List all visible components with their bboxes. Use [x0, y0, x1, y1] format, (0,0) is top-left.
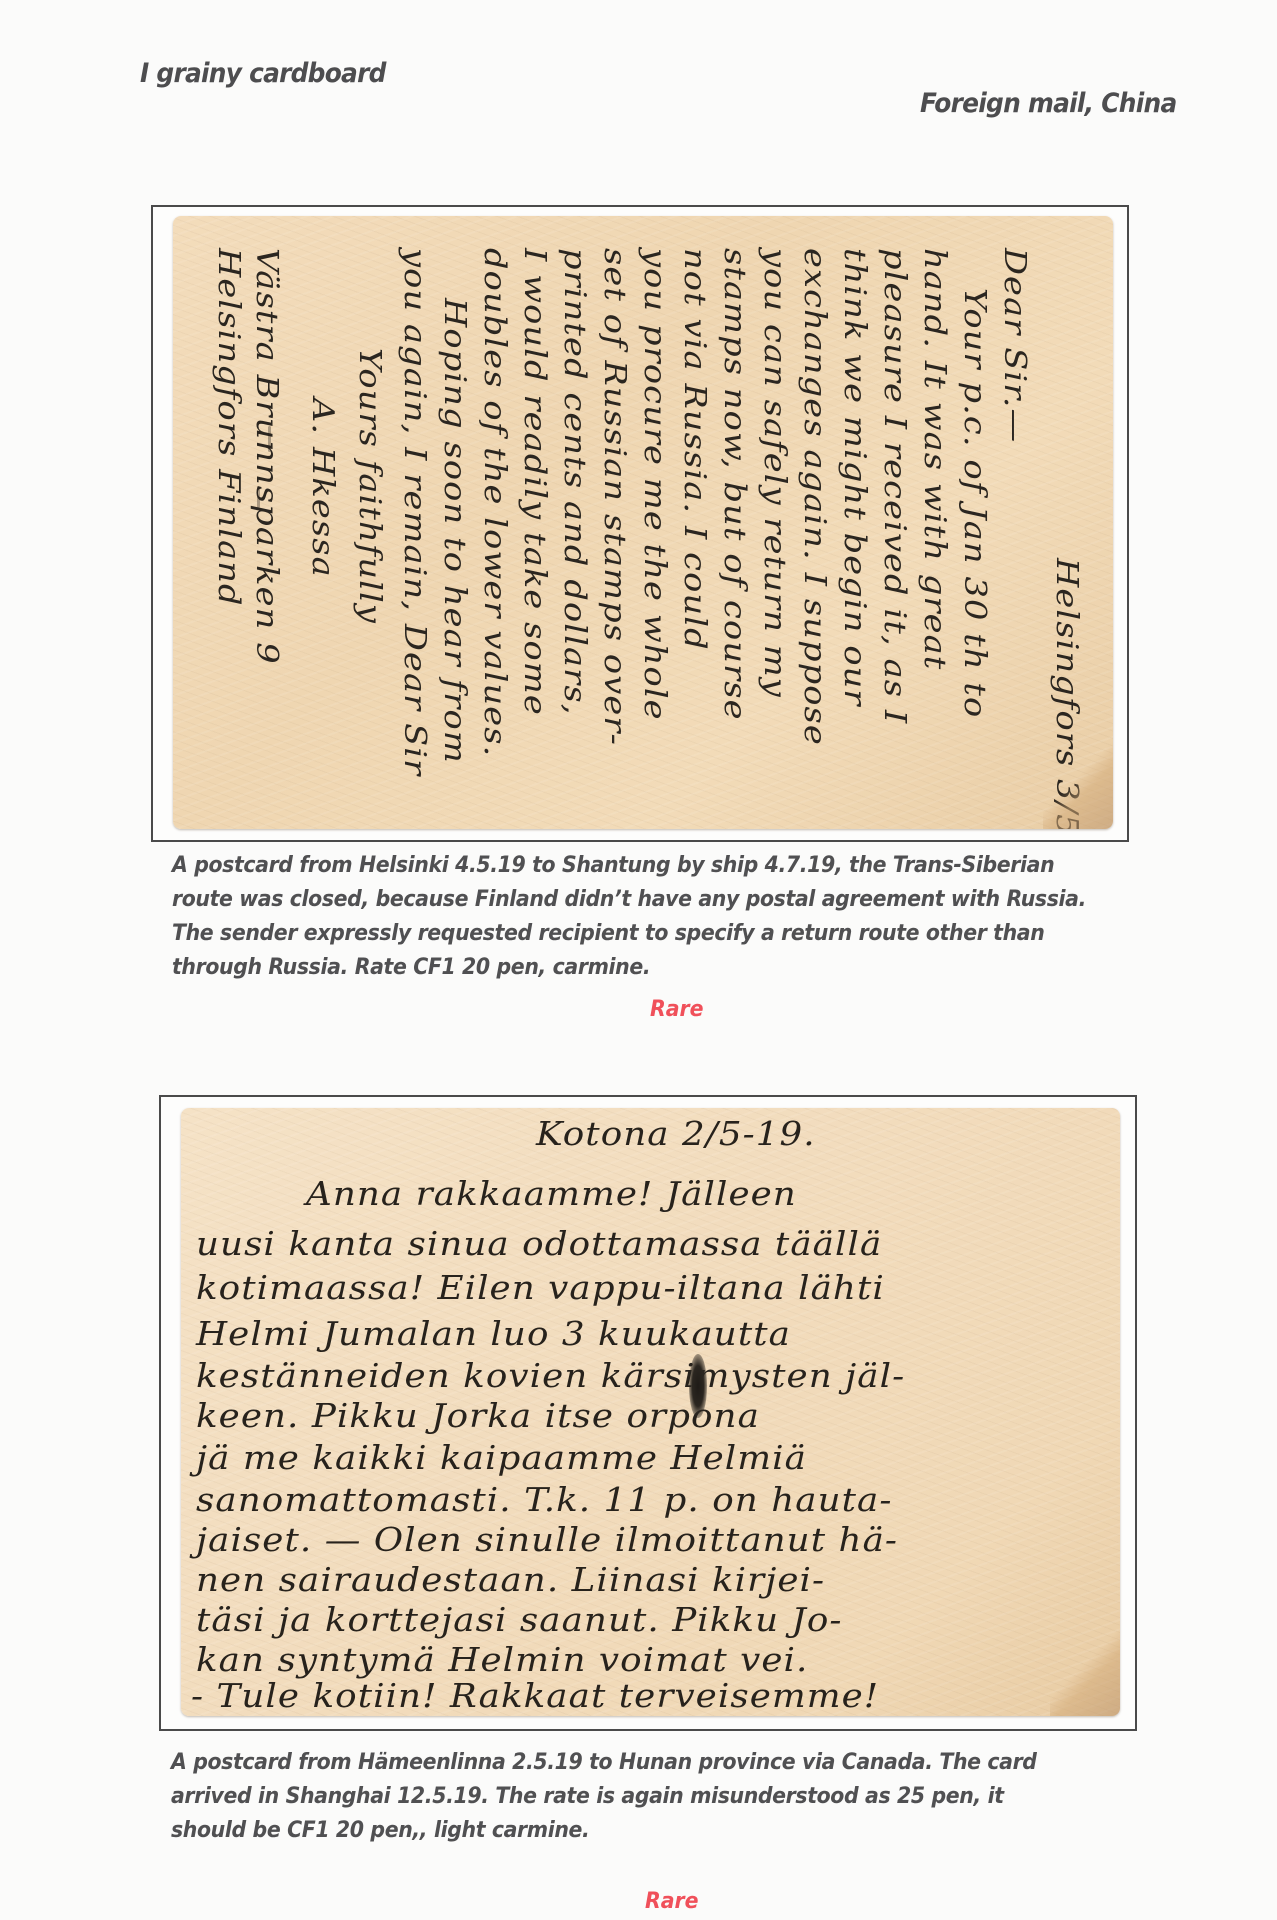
handwriting-line: Yours faithfully [351, 348, 388, 624]
postcard-image-hameenlinna: Kotona 2/5-19. Anna rakkaamme! Jälleen u… [181, 1108, 1120, 1716]
handwriting-line: you procure me the whole [636, 248, 673, 721]
card-corner-wear [1050, 1626, 1120, 1716]
caption-line: A postcard from Hämeenlinna 2.5.19 to Hu… [171, 1746, 1037, 1780]
card-corner-wear [1043, 739, 1113, 829]
page-category-heading: I grainy cardboard [140, 58, 386, 89]
handwriting-line: set of Russian stamps over- [596, 248, 633, 746]
handwriting-date-line: Kotona 2/5-19. [536, 1114, 816, 1154]
handwriting-line: I would readily take some [516, 248, 553, 716]
handwriting-line: Your p.c. of Jan 30 th to [956, 288, 993, 718]
sender-address-line: Helsingfors Finland [210, 248, 247, 607]
exhibit-description-1: A postcard from Helsinki 4.5.19 to Shant… [172, 849, 1086, 985]
handwriting-line: pleasure I received it, as I [876, 248, 913, 724]
handwriting-line: sanomattomasti. T.k. 11 p. on hauta- [196, 1480, 892, 1520]
handwriting-line: Hoping soon to hear from [436, 298, 473, 764]
signature: A. Hkessa [304, 398, 341, 578]
handwriting-line: kestänneiden kovien kärsimysten jäl- [196, 1356, 905, 1396]
sender-address-line: Västra Brunnsparken 9 [248, 248, 285, 665]
handwriting-line: - Tule kotiin! Rakkaat terveisemme! [191, 1676, 879, 1716]
handwriting-line: doubles of the lower values. [476, 248, 513, 757]
handwriting-line: hand. It was with great [916, 248, 953, 670]
handwriting-line: Dear Sir.— [996, 248, 1033, 443]
handwriting-line: Helmi Jumalan luo 3 kuukautta [196, 1314, 791, 1354]
handwriting-line: you again, I remain, Dear Sir [396, 248, 433, 776]
caption-line: A postcard from Helsinki 4.5.19 to Shant… [172, 849, 1086, 883]
caption-line: through Russia. Rate CF1 20 pen, carmine… [172, 951, 1086, 985]
handwriting-line: jaiset. — Olen sinulle ilmoittanut hä- [196, 1520, 898, 1560]
page-section-heading: Foreign mail, China [920, 88, 1176, 119]
handwriting-line: you can safely return my [756, 248, 793, 698]
handwriting-line: printed cents and dollars, [556, 248, 593, 716]
handwriting-line: not via Russia. I could [676, 248, 713, 651]
rarity-label-2: Rare [645, 1889, 699, 1914]
handwriting-line: nen sairaudestaan. Liinasi kirjei- [196, 1560, 825, 1600]
postmark-trace [257, 486, 260, 508]
handwriting-line: think we might begin our [836, 248, 873, 707]
postcard-mount-frame-2: Kotona 2/5-19. Anna rakkaamme! Jälleen u… [159, 1095, 1137, 1731]
handwriting-line: Anna rakkaamme! Jälleen [306, 1174, 797, 1214]
handwriting-line: keen. Pikku Jorka itse orpona [196, 1396, 760, 1436]
caption-line: arrived in Shanghai 12.5.19. The rate is… [171, 1780, 1037, 1814]
handwriting-line: exchanges again. I suppose [796, 248, 833, 746]
exhibit-description-2: A postcard from Hämeenlinna 2.5.19 to Hu… [171, 1746, 1037, 1848]
handwritten-message-rotated: Helsingfors 3/5 1919. Dear Sir.— Your p.… [193, 228, 1093, 818]
handwriting-line: uusi kanta sinua odottamassa täällä [196, 1224, 882, 1264]
postcard-mount-frame-1: Helsingfors 3/5 1919. Dear Sir.— Your p.… [151, 205, 1129, 842]
caption-line: should be CF1 20 pen,, light carmine. [171, 1814, 1037, 1848]
postmark-trace [268, 426, 271, 452]
postcard-image-helsinki: Helsingfors 3/5 1919. Dear Sir.— Your p.… [173, 216, 1113, 829]
signature: Mamma ja Heda ja Hilja. [521, 1712, 942, 1716]
rarity-label-1: Rare [650, 997, 704, 1022]
handwriting-line: täsi ja korttejasi saanut. Pikku Jo- [196, 1600, 843, 1640]
handwriting-line: stamps now, but of course [716, 248, 753, 721]
caption-line: The sender expressly requested recipient… [172, 917, 1086, 951]
handwriting-line: jä me kaikki kaipaamme Helmiä [196, 1438, 807, 1478]
ink-blot [689, 1354, 707, 1418]
handwriting-line: kan syntymä Helmin voimat vei. [196, 1640, 808, 1680]
caption-line: route was closed, because Finland didn’t… [172, 883, 1086, 917]
handwriting-line: kotimaassa! Eilen vappu-iltana lähti [196, 1268, 885, 1308]
